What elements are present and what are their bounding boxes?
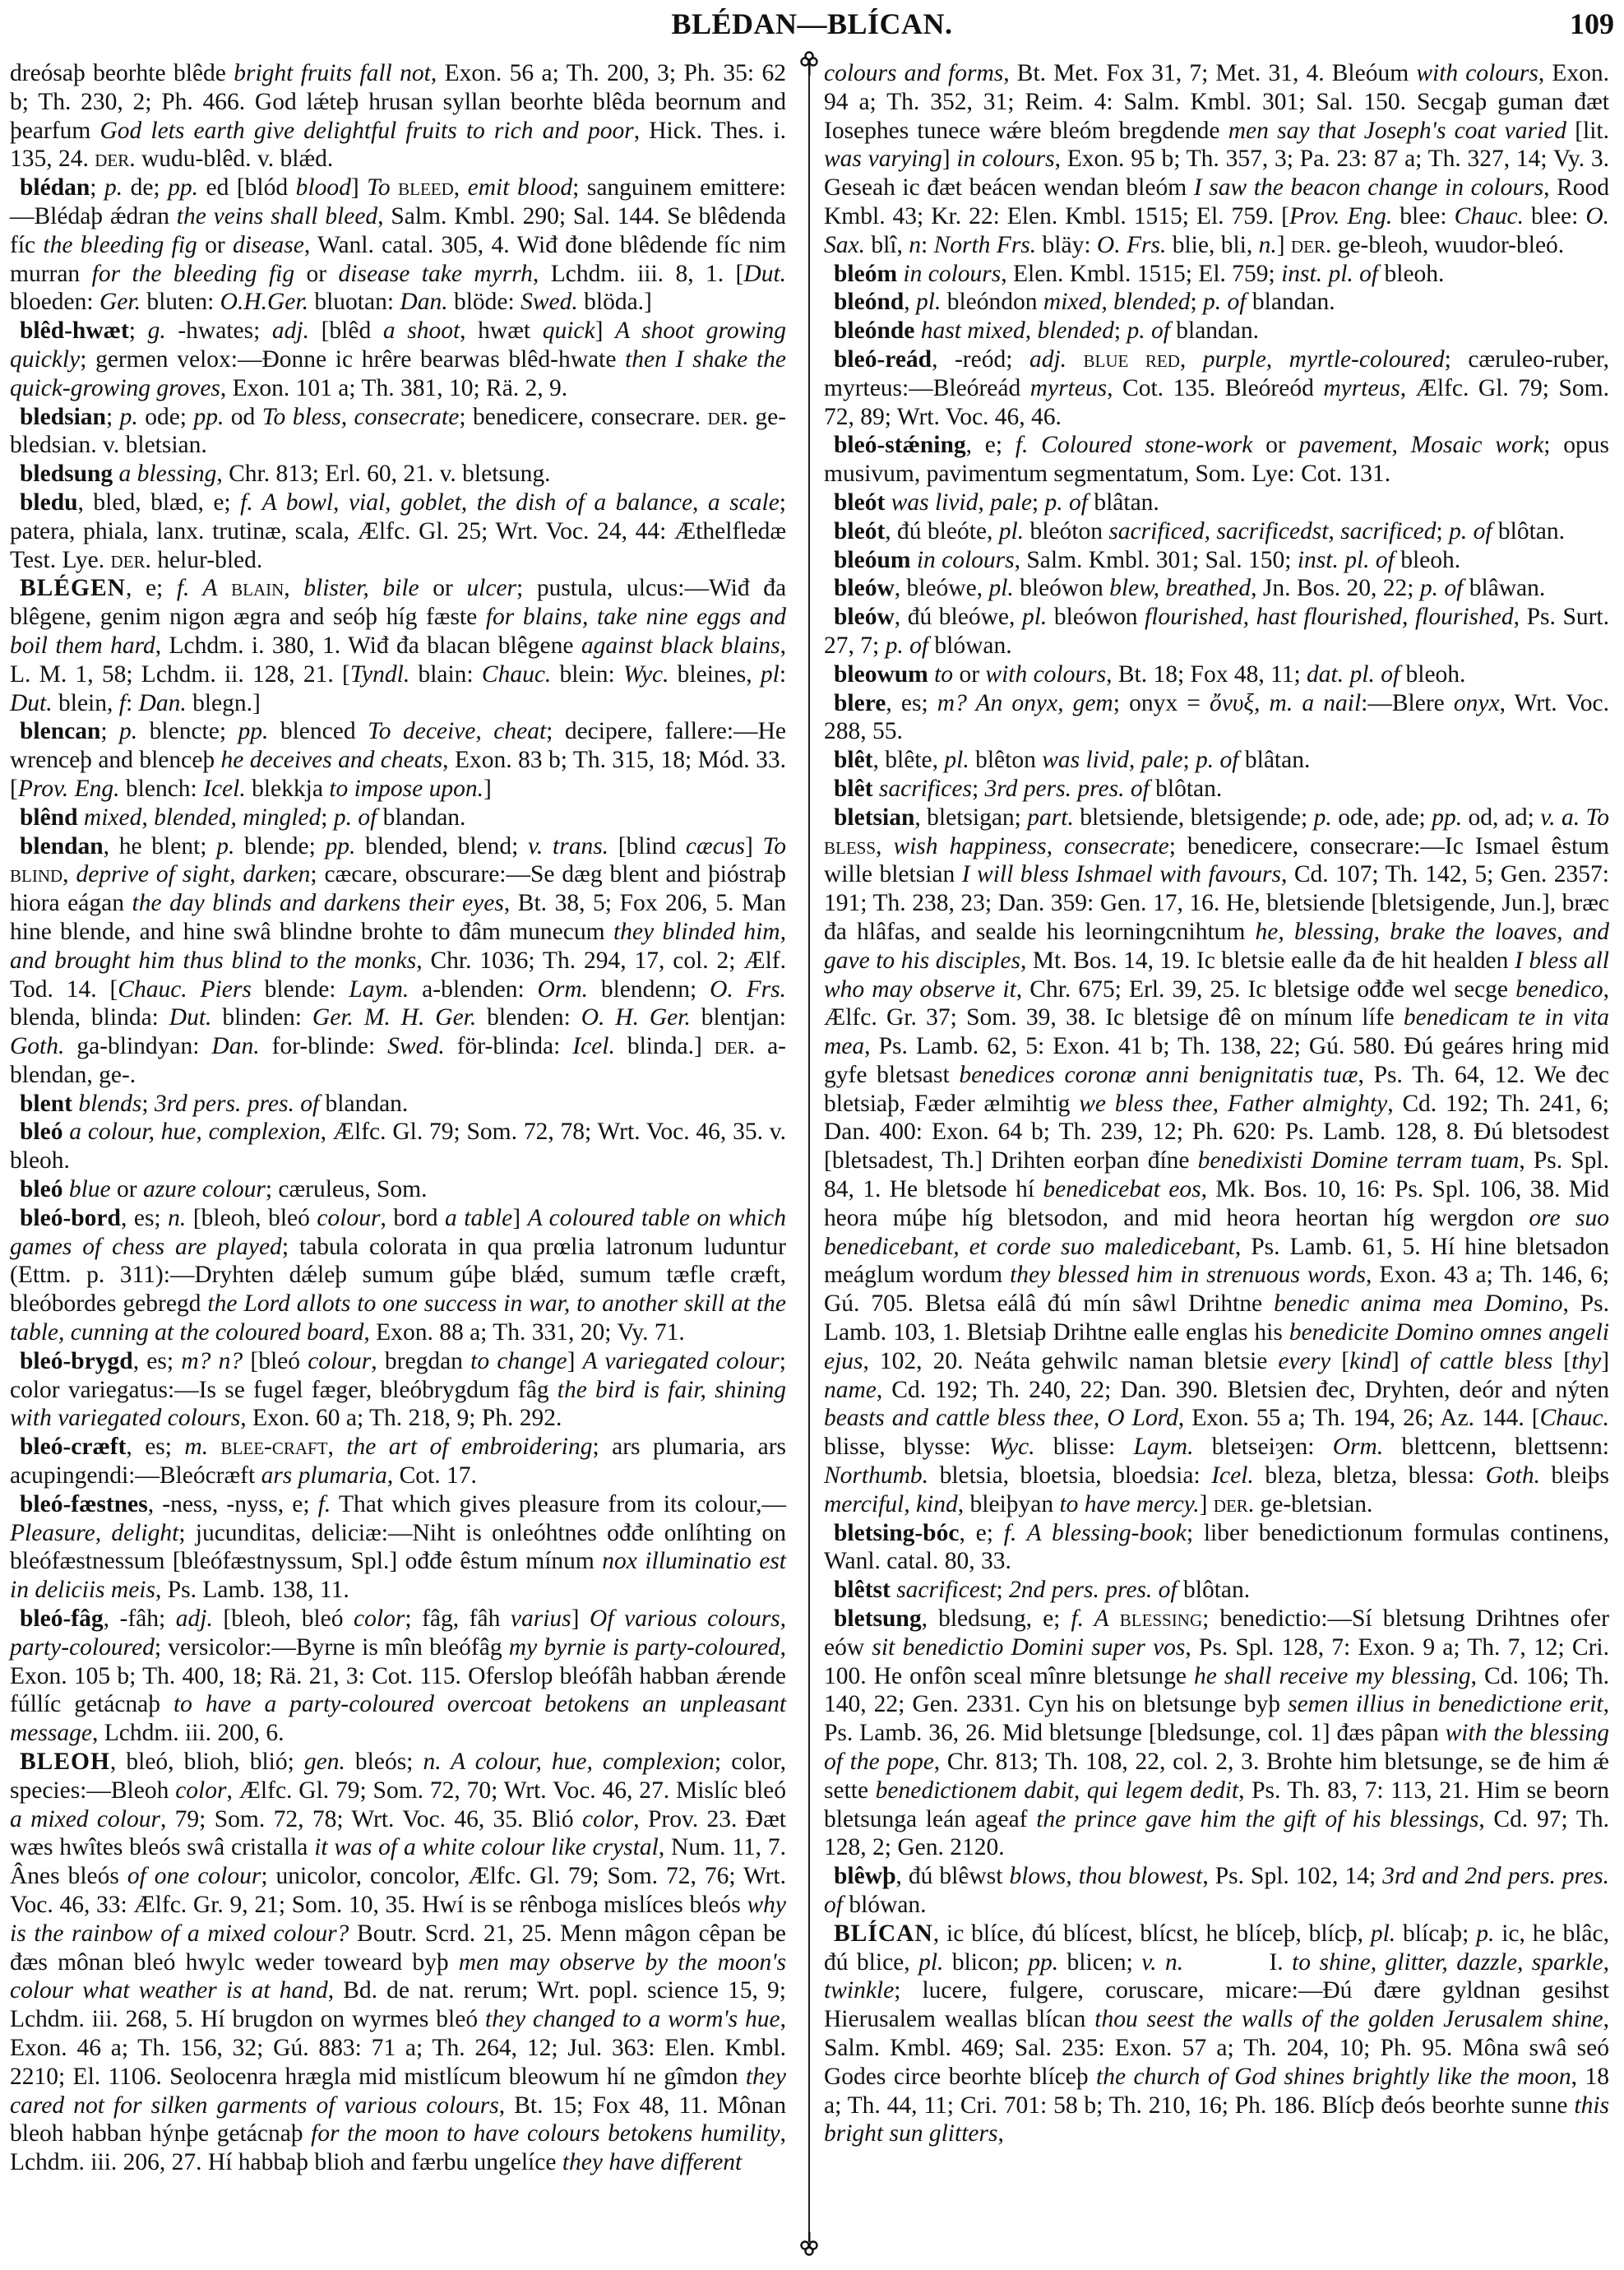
dictionary-entry: blere, es; m? An onyx, gem; onyx = ὄνυξ,… <box>824 689 1609 747</box>
headword: bleó-fâg <box>20 1605 104 1632</box>
trefoil-ornament-icon <box>799 51 819 76</box>
dictionary-entry: blênd mixed, blended, mingled; p. of bla… <box>10 804 786 832</box>
headword: BLÉGEN <box>20 575 126 601</box>
dictionary-entry: bleót was livid, pale; p. of blâtan. <box>824 489 1609 517</box>
page-title: BLÉDAN—BLÍCAN. <box>0 7 1624 41</box>
headword: bleóum <box>834 547 910 573</box>
dictionary-entry: bleó-cræft, es; m. blee-craft, the art o… <box>10 1433 786 1490</box>
headword: bleó-cræft <box>20 1434 126 1460</box>
headword: bleó-stǽning <box>834 432 966 458</box>
headword: blendan <box>20 833 104 859</box>
headword: bleónde <box>834 317 914 344</box>
headword: bletsian <box>834 804 914 831</box>
headword: blencan <box>20 718 100 744</box>
headword: bleó-reád <box>834 346 932 373</box>
headword: bleó-brygd <box>20 1348 133 1374</box>
page-number: 109 <box>1570 7 1614 41</box>
dictionary-entry: bletsian, bletsigan; part. bletsiende, b… <box>824 804 1609 1519</box>
dictionary-entry: bleowum to or with colours, Bt. 18; Fox … <box>824 660 1609 689</box>
dictionary-entry: bleó-reád, -reód; adj. blue red, purple,… <box>824 345 1609 431</box>
dictionary-entry: bleónde hast mixed, blended; p. of bland… <box>824 317 1609 345</box>
dictionary-entry: bleó-fâg, -fâh; adj. [bleoh, bleó color;… <box>10 1605 786 1748</box>
headword: bleónd <box>834 289 904 315</box>
headword: blêd-hwæt <box>20 317 129 344</box>
dictionary-entry: bleóum in colours, Salm. Kmbl. 301; Sal.… <box>824 546 1609 575</box>
headword: blêt <box>834 747 873 773</box>
dictionary-entry: bledsung a blessing, Chr. 813; Erl. 60, … <box>10 460 786 489</box>
headword: BLÍCAN <box>834 1920 933 1947</box>
headword: bledsung <box>20 461 113 487</box>
headword: blênd <box>20 804 78 831</box>
dictionary-entry: bleów, đú bleówe, pl. bleówon flourished… <box>824 603 1609 660</box>
dictionary-entry: blent blends; 3rd pers. pres. of blandan… <box>10 1090 786 1119</box>
headword: bleót <box>834 518 885 544</box>
headword: blédan <box>20 174 90 201</box>
dictionary-entry: bleóm in colours, Elen. Kmbl. 1515; El. … <box>824 260 1609 289</box>
headword: bleó <box>20 1176 62 1202</box>
dictionary-entry: blêt, blête, pl. blêton was livid, pale;… <box>824 746 1609 775</box>
headword: bleó <box>20 1119 62 1145</box>
dictionary-entry: BLÉGEN, e; f. A blain, blister, bile or … <box>10 574 786 717</box>
entry-continuation: colours and forms, Bt. Met. Fox 31, 7; M… <box>824 59 1609 260</box>
dictionary-entry: BLÍCAN, ic blíce, đú blícest, blícst, he… <box>824 1920 1609 2148</box>
dictionary-entry: bleónd, pl. bleóndon mixed, blended; p. … <box>824 288 1609 317</box>
dictionary-entry: blencan; p. blencte; pp. blenced To dece… <box>10 717 786 803</box>
headword: bleowum <box>834 661 928 688</box>
headword: bleóm <box>834 261 897 287</box>
dictionary-entry: bleó-fæstnes, -ness, -nyss, e; f. That w… <box>10 1490 786 1605</box>
dictionary-entry: bletsung, bledsung, e; f. A blessing; be… <box>824 1605 1609 1862</box>
headword: bleów <box>834 575 895 601</box>
dictionary-entry: bleó a colour, hue, complexion, Ælfc. Gl… <box>10 1118 786 1175</box>
headword: bleów <box>834 604 895 630</box>
headword: BLEOH <box>20 1749 110 1775</box>
headword: bletsing-bóc <box>834 1520 959 1546</box>
dictionary-entry: bleów, bleówe, pl. bleówon blew, breathe… <box>824 574 1609 603</box>
headword: blêwþ <box>834 1863 895 1889</box>
dictionary-entry: blendan, he blent; p. blende; pp. blende… <box>10 832 786 1090</box>
dictionary-entry: blêd-hwæt; g. -hwates; adj. [blêd a shoo… <box>10 317 786 402</box>
entry-continuation: dreósaþ beorhte blêde bright fruits fall… <box>10 59 786 174</box>
headword: blent <box>20 1091 72 1117</box>
dictionary-entry: bletsing-bóc, e; f. A blessing-book; lib… <box>824 1519 1609 1577</box>
dictionary-entry: blêwþ, đú blêwst blows, thou blowest, Ps… <box>824 1862 1609 1920</box>
dictionary-entry: bledu, bled, blæd, e; f. A bowl, vial, g… <box>10 489 786 574</box>
dictionary-entry: bleó-brygd, es; m? n? [bleó colour, breg… <box>10 1347 786 1433</box>
headword: bletsung <box>834 1605 922 1632</box>
headword: bleó-fæstnes <box>20 1491 148 1517</box>
headword: bleót <box>834 489 885 516</box>
column-divider <box>808 76 810 2237</box>
dictionary-entry: bleót, đú bleóte, pl. bleóton sacrificed… <box>824 517 1609 546</box>
headword: blere <box>834 690 886 716</box>
headword: bledu <box>20 489 78 516</box>
left-column: dreósaþ beorhte blêde bright fruits fall… <box>10 59 786 2177</box>
dictionary-entry: blêtst sacrificest; 2nd pers. pres. of b… <box>824 1576 1609 1605</box>
dictionary-entry: blédan; p. de; pp. ed [blód blood] To bl… <box>10 174 786 317</box>
dictionary-entry: bledsian; p. ode; pp. od To bless, conse… <box>10 403 786 461</box>
dictionary-entry: bleó blue or azure colour; cæruleus, Som… <box>10 1175 786 1204</box>
headword: bleó-bord <box>20 1205 121 1231</box>
dictionary-entry: blêt sacrifices; 3rd pers. pres. of blôt… <box>824 775 1609 804</box>
dictionary-entry: bleó-bord, es; n. [bleoh, bleó colour, b… <box>10 1204 786 1347</box>
headword: blêtst <box>834 1577 891 1603</box>
running-header: BLÉDAN—BLÍCAN. 109 <box>0 7 1624 48</box>
right-column: colours and forms, Bt. Met. Fox 31, 7; M… <box>824 59 1609 2148</box>
dictionary-entry: BLEOH, bleó, blioh, blió; gen. bleós; n.… <box>10 1748 786 2177</box>
headword: blêt <box>834 776 873 802</box>
dictionary-entry: bleó-stǽning, e; f. Coloured stone-work … <box>824 431 1609 489</box>
headword: bledsian <box>20 404 106 430</box>
trefoil-ornament-icon <box>799 2232 819 2257</box>
